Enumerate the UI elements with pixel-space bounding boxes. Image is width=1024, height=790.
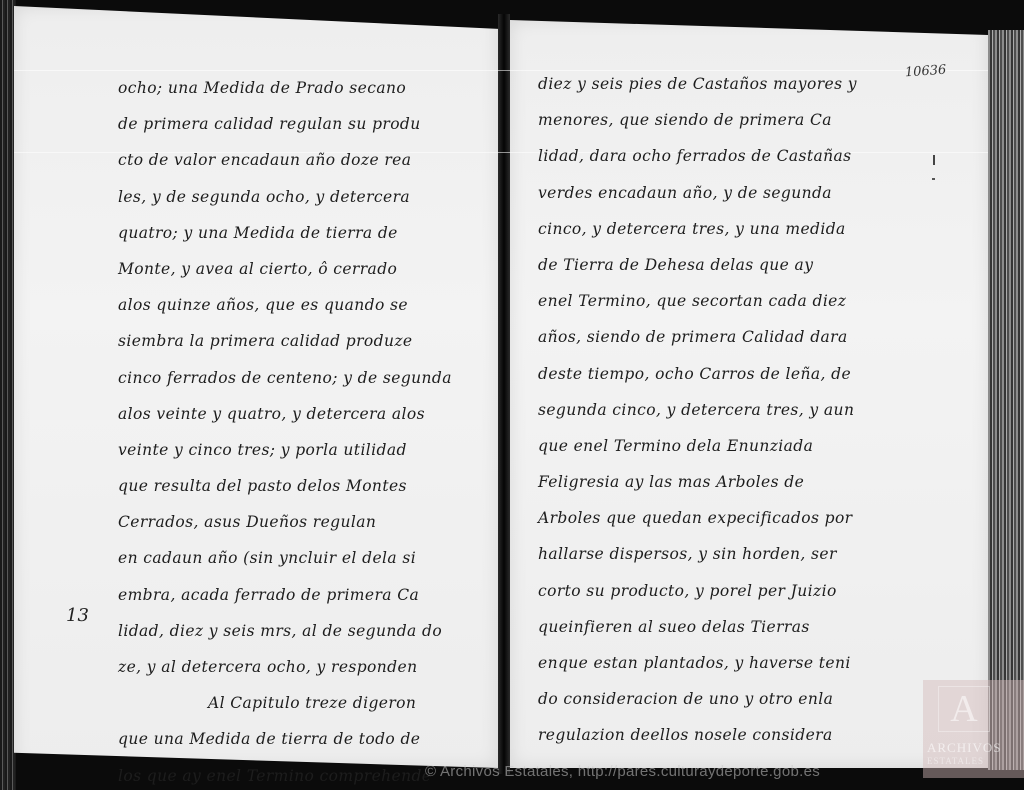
- manuscript-line: regulazion deellos nosele considera: [538, 717, 898, 753]
- manuscript-line: do consideracion de uno y otro enla: [538, 681, 898, 717]
- manuscript-line: cinco, y detercera tres, y una medida: [538, 211, 898, 247]
- logo-letter-icon: A: [938, 686, 990, 732]
- margin-chapter-number: 13: [66, 605, 89, 626]
- book-fore-edge: [988, 30, 1024, 770]
- manuscript-line: los que ay enel Termino comprehende: [118, 758, 458, 790]
- manuscript-line: lidad, dara ocho ferrados de Castañas: [538, 138, 898, 174]
- manuscript-line: enque estan plantados, y haverse teni: [538, 645, 898, 681]
- left-page-text: ocho; una Medida de Prado secano de prim…: [118, 70, 458, 790]
- manuscript-line: que enel Termino dela Enunziada: [538, 428, 898, 464]
- manuscript-line: siembra la primera calidad produze: [118, 323, 458, 359]
- manuscript-line: corto su producto, y porel per Juizio: [538, 573, 898, 609]
- book-left-edge: [0, 0, 16, 790]
- manuscript-line: Monte, y avea al cierto, ô cerrado: [118, 251, 458, 287]
- manuscript-line: diez y seis pies de Castaños mayores y: [538, 66, 898, 102]
- folio-number: 10636: [905, 63, 947, 81]
- manuscript-line: enel Termino, que secortan cada diez: [538, 283, 898, 319]
- manuscript-line: en cadaun año (sin yncluir el dela si: [118, 540, 458, 576]
- ink-mark: [932, 178, 935, 180]
- logo-caption-secondary: ESTATALES: [927, 756, 984, 766]
- logo-caption: ARCHIVOS: [927, 740, 1001, 756]
- manuscript-line: ze, y al detercera ocho, y responden: [118, 649, 458, 685]
- manuscript-line: años, siendo de primera Calidad dara: [538, 319, 898, 355]
- manuscript-line: verdes encadaun año, y de segunda: [538, 175, 898, 211]
- manuscript-line: Feligresia ay las mas Arboles de: [538, 464, 898, 500]
- manuscript-line: Arboles que quedan expecificados por: [538, 500, 898, 536]
- right-page-text: diez y seis pies de Castaños mayores y m…: [538, 66, 898, 754]
- manuscript-line: de Tierra de Dehesa delas que ay: [538, 247, 898, 283]
- manuscript-line: cto de valor encadaun año doze rea: [118, 142, 458, 178]
- manuscript-line: ocho; una Medida de Prado secano: [118, 70, 458, 106]
- manuscript-line: queinfieren al sueo delas Tierras: [538, 609, 898, 645]
- manuscript-line: segunda cinco, y detercera tres, y aun: [538, 392, 898, 428]
- book-gutter: [498, 14, 510, 774]
- manuscript-line: quatro; y una Medida de tierra de: [118, 215, 458, 251]
- manuscript-line: lidad, diez y seis mrs, al de segunda do: [118, 613, 458, 649]
- archivos-estatales-logo: A ARCHIVOS ESTATALES: [923, 680, 1024, 778]
- manuscript-line: alos quinze años, que es quando se: [118, 287, 458, 323]
- manuscript-line: hallarse dispersos, y sin horden, ser: [538, 536, 898, 572]
- manuscript-line: alos veinte y quatro, y detercera alos: [118, 396, 458, 432]
- manuscript-line: de primera calidad regulan su produ: [118, 106, 458, 142]
- manuscript-line-chapter-start: Al Capitulo treze digeron: [118, 685, 458, 721]
- manuscript-line: que una Medida de tierra de todo de: [118, 721, 458, 757]
- manuscript-line: Cerrados, asus Dueños regulan: [118, 504, 458, 540]
- manuscript-spread: ocho; una Medida de Prado secano de prim…: [0, 0, 1024, 790]
- manuscript-line: deste tiempo, ocho Carros de leña, de: [538, 356, 898, 392]
- manuscript-line: embra, acada ferrado de primera Ca: [118, 577, 458, 613]
- manuscript-line: que resulta del pasto delos Montes: [118, 468, 458, 504]
- copyright-watermark: © Archivos Estatales, http://pares.cultu…: [425, 763, 820, 780]
- ink-mark: [933, 155, 935, 165]
- manuscript-line: cinco ferrados de centeno; y de segunda: [118, 360, 458, 396]
- manuscript-line: veinte y cinco tres; y porla utilidad: [118, 432, 458, 468]
- manuscript-line: menores, que siendo de primera Ca: [538, 102, 898, 138]
- manuscript-line: les, y de segunda ocho, y detercera: [118, 179, 458, 215]
